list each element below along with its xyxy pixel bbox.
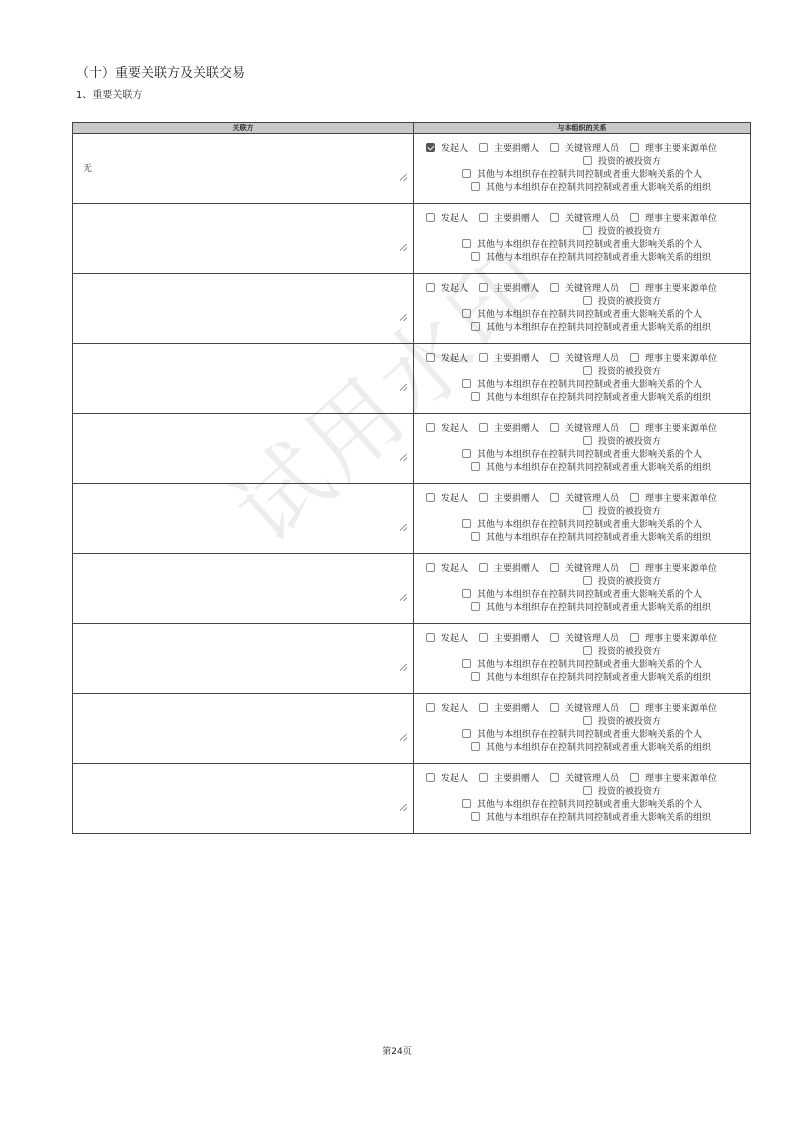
checkbox-icon[interactable] bbox=[550, 633, 559, 642]
relationship-option[interactable]: 发起人 bbox=[426, 351, 468, 364]
checkbox-icon[interactable] bbox=[426, 213, 435, 222]
checkbox-icon[interactable] bbox=[630, 423, 639, 432]
option-label: 发起人 bbox=[441, 141, 468, 154]
checkbox-icon[interactable] bbox=[426, 283, 435, 292]
option-label: 其他与本组织存在控制共同控制或者重大影响关系的个人 bbox=[477, 377, 702, 390]
option-label: 理事主要来源单位 bbox=[645, 771, 717, 784]
option-label: 理事主要来源单位 bbox=[645, 631, 717, 644]
relationship-option[interactable]: 关键管理人员 bbox=[550, 701, 619, 714]
table-row: 发起人主要捐赠人关键管理人员理事主要来源单位投资的被投资方其他与本组织存在控制共… bbox=[73, 554, 751, 624]
option-label: 主要捐赠人 bbox=[494, 561, 539, 574]
relationship-option[interactable]: 关键管理人员 bbox=[550, 211, 619, 224]
option-label: 投资的被投资方 bbox=[598, 714, 661, 727]
relationship-option[interactable]: 其他与本组织存在控制共同控制或者重大影响关系的个人 bbox=[462, 657, 702, 670]
option-label: 主要捐赠人 bbox=[494, 631, 539, 644]
option-label: 投资的被投资方 bbox=[598, 154, 661, 167]
checkbox-icon[interactable] bbox=[479, 633, 488, 642]
related-party-field[interactable] bbox=[73, 204, 414, 274]
relationship-option[interactable]: 投资的被投资方 bbox=[583, 434, 661, 447]
relationship-option[interactable]: 其他与本组织存在控制共同控制或者重大影响关系的个人 bbox=[462, 307, 702, 320]
related-party-field[interactable] bbox=[73, 344, 414, 414]
checkbox-icon[interactable] bbox=[630, 143, 639, 152]
option-label: 关键管理人员 bbox=[565, 141, 619, 154]
relationship-option[interactable]: 投资的被投资方 bbox=[583, 224, 661, 237]
option-label: 主要捐赠人 bbox=[494, 141, 539, 154]
option-label: 其他与本组织存在控制共同控制或者重大影响关系的个人 bbox=[477, 237, 702, 250]
related-party-field[interactable] bbox=[73, 694, 414, 764]
relationship-cell: 发起人主要捐赠人关键管理人员理事主要来源单位投资的被投资方其他与本组织存在控制共… bbox=[414, 764, 751, 834]
relationship-option[interactable]: 发起人 bbox=[426, 421, 468, 434]
checkbox-icon[interactable] bbox=[630, 493, 639, 502]
option-label: 其他与本组织存在控制共同控制或者重大影响关系的组织 bbox=[486, 530, 711, 543]
option-label: 其他与本组织存在控制共同控制或者重大影响关系的组织 bbox=[486, 390, 711, 403]
relationship-cell: 发起人主要捐赠人关键管理人员理事主要来源单位投资的被投资方其他与本组织存在控制共… bbox=[414, 134, 751, 204]
relationship-option[interactable]: 主要捐赠人 bbox=[479, 351, 539, 364]
checkbox-icon[interactable] bbox=[550, 283, 559, 292]
option-label: 发起人 bbox=[441, 211, 468, 224]
checkbox-icon[interactable] bbox=[583, 436, 592, 445]
option-label: 发起人 bbox=[441, 421, 468, 434]
table-row: 发起人主要捐赠人关键管理人员理事主要来源单位投资的被投资方其他与本组织存在控制共… bbox=[73, 694, 751, 764]
option-label: 关键管理人员 bbox=[565, 421, 619, 434]
relationship-option[interactable]: 其他与本组织存在控制共同控制或者重大影响关系的个人 bbox=[462, 727, 702, 740]
option-label: 其他与本组织存在控制共同控制或者重大影响关系的个人 bbox=[477, 517, 702, 530]
resize-handle-icon[interactable] bbox=[400, 174, 407, 181]
option-label: 理事主要来源单位 bbox=[645, 701, 717, 714]
table-row: 发起人主要捐赠人关键管理人员理事主要来源单位投资的被投资方其他与本组织存在控制共… bbox=[73, 344, 751, 414]
relationship-option[interactable]: 理事主要来源单位 bbox=[630, 211, 717, 224]
checkbox-icon[interactable] bbox=[479, 563, 488, 572]
option-label: 其他与本组织存在控制共同控制或者重大影响关系的组织 bbox=[486, 180, 711, 193]
checkbox-icon[interactable] bbox=[426, 423, 435, 432]
table-header-row: 关联方 与本组织的关系 bbox=[73, 123, 751, 134]
checkbox-icon[interactable] bbox=[462, 799, 471, 808]
checkbox-icon[interactable] bbox=[550, 493, 559, 502]
checkbox-icon[interactable] bbox=[471, 672, 480, 681]
option-label: 其他与本组织存在控制共同控制或者重大影响关系的个人 bbox=[477, 797, 702, 810]
relationship-cell: 发起人主要捐赠人关键管理人员理事主要来源单位投资的被投资方其他与本组织存在控制共… bbox=[414, 694, 751, 764]
checkbox-icon[interactable] bbox=[471, 532, 480, 541]
checkbox-icon[interactable] bbox=[479, 423, 488, 432]
relationship-cell: 发起人主要捐赠人关键管理人员理事主要来源单位投资的被投资方其他与本组织存在控制共… bbox=[414, 204, 751, 274]
relationship-option[interactable]: 主要捐赠人 bbox=[479, 561, 539, 574]
relationship-option[interactable]: 其他与本组织存在控制共同控制或者重大影响关系的个人 bbox=[462, 587, 702, 600]
header-relationship: 与本组织的关系 bbox=[414, 123, 751, 134]
resize-handle-icon[interactable] bbox=[400, 314, 407, 321]
relationship-option[interactable]: 其他与本组织存在控制共同控制或者重大影响关系的组织 bbox=[471, 320, 711, 333]
checkbox-icon[interactable] bbox=[550, 773, 559, 782]
checkbox-icon[interactable] bbox=[583, 156, 592, 165]
checkbox-icon[interactable] bbox=[471, 322, 480, 331]
relationship-option[interactable]: 理事主要来源单位 bbox=[630, 351, 717, 364]
relationship-option[interactable]: 其他与本组织存在控制共同控制或者重大影响关系的个人 bbox=[462, 517, 702, 530]
table-row: 发起人主要捐赠人关键管理人员理事主要来源单位投资的被投资方其他与本组织存在控制共… bbox=[73, 204, 751, 274]
checkbox-icon[interactable] bbox=[550, 563, 559, 572]
option-label: 发起人 bbox=[441, 631, 468, 644]
option-label: 其他与本组织存在控制共同控制或者重大影响关系的个人 bbox=[477, 167, 702, 180]
resize-handle-icon[interactable] bbox=[400, 454, 407, 461]
resize-handle-icon[interactable] bbox=[400, 664, 407, 671]
option-label: 理事主要来源单位 bbox=[645, 491, 717, 504]
related-party-field[interactable]: 无 bbox=[73, 134, 414, 204]
checkbox-icon[interactable] bbox=[426, 353, 435, 362]
checkbox-icon[interactable] bbox=[462, 659, 471, 668]
relationship-option[interactable]: 主要捐赠人 bbox=[479, 631, 539, 644]
relationship-option[interactable]: 发起人 bbox=[426, 141, 468, 154]
option-label: 关键管理人员 bbox=[565, 771, 619, 784]
checkbox-icon[interactable] bbox=[479, 283, 488, 292]
checkbox-icon[interactable] bbox=[479, 143, 488, 152]
option-label: 关键管理人员 bbox=[565, 491, 619, 504]
relationship-option[interactable]: 其他与本组织存在控制共同控制或者重大影响关系的个人 bbox=[462, 447, 702, 460]
relationship-option[interactable]: 理事主要来源单位 bbox=[630, 421, 717, 434]
relationship-option[interactable]: 其他与本组织存在控制共同控制或者重大影响关系的组织 bbox=[471, 530, 711, 543]
checkbox-icon[interactable] bbox=[630, 703, 639, 712]
relationship-option[interactable]: 主要捐赠人 bbox=[479, 141, 539, 154]
relationship-option[interactable]: 发起人 bbox=[426, 771, 468, 784]
relationship-option[interactable]: 理事主要来源单位 bbox=[630, 631, 717, 644]
table-row: 发起人主要捐赠人关键管理人员理事主要来源单位投资的被投资方其他与本组织存在控制共… bbox=[73, 414, 751, 484]
option-label: 发起人 bbox=[441, 281, 468, 294]
checkbox-icon[interactable] bbox=[462, 519, 471, 528]
option-label: 主要捐赠人 bbox=[494, 421, 539, 434]
related-party-field[interactable] bbox=[73, 764, 414, 834]
section-title: （十）重要关联方及关联交易 bbox=[76, 62, 245, 81]
checkbox-icon[interactable] bbox=[550, 423, 559, 432]
relationship-option[interactable]: 发起人 bbox=[426, 491, 468, 504]
related-parties-table: 关联方 与本组织的关系 无发起人主要捐赠人关键管理人员理事主要来源单位投资的被投… bbox=[72, 122, 751, 834]
relationship-cell: 发起人主要捐赠人关键管理人员理事主要来源单位投资的被投资方其他与本组织存在控制共… bbox=[414, 624, 751, 694]
checkbox-icon[interactable] bbox=[630, 633, 639, 642]
relationship-option[interactable]: 发起人 bbox=[426, 631, 468, 644]
checkbox-icon[interactable] bbox=[471, 392, 480, 401]
relationship-option[interactable]: 理事主要来源单位 bbox=[630, 141, 717, 154]
checkbox-icon[interactable] bbox=[479, 493, 488, 502]
relationship-option[interactable]: 其他与本组织存在控制共同控制或者重大影响关系的组织 bbox=[471, 250, 711, 263]
relationship-option[interactable]: 其他与本组织存在控制共同控制或者重大影响关系的个人 bbox=[462, 167, 702, 180]
checkbox-icon[interactable] bbox=[462, 449, 471, 458]
relationship-option[interactable]: 主要捐赠人 bbox=[479, 771, 539, 784]
checkbox-icon[interactable] bbox=[471, 602, 480, 611]
related-party-field[interactable] bbox=[73, 484, 414, 554]
table-row: 发起人主要捐赠人关键管理人员理事主要来源单位投资的被投资方其他与本组织存在控制共… bbox=[73, 624, 751, 694]
relationship-option[interactable]: 其他与本组织存在控制共同控制或者重大影响关系的组织 bbox=[471, 600, 711, 613]
option-label: 关键管理人员 bbox=[565, 561, 619, 574]
checkbox-icon[interactable] bbox=[426, 493, 435, 502]
checkbox-icon[interactable] bbox=[550, 143, 559, 152]
relationship-option[interactable]: 理事主要来源单位 bbox=[630, 701, 717, 714]
relationship-option[interactable]: 关键管理人员 bbox=[550, 281, 619, 294]
relationship-cell: 发起人主要捐赠人关键管理人员理事主要来源单位投资的被投资方其他与本组织存在控制共… bbox=[414, 484, 751, 554]
checkbox-icon[interactable] bbox=[583, 506, 592, 515]
checkbox-icon[interactable] bbox=[471, 742, 480, 751]
checkbox-icon[interactable] bbox=[426, 703, 435, 712]
option-label: 其他与本组织存在控制共同控制或者重大影响关系的个人 bbox=[477, 587, 702, 600]
relationship-option[interactable]: 投资的被投资方 bbox=[583, 504, 661, 517]
related-party-field[interactable] bbox=[73, 624, 414, 694]
checkbox-icon[interactable] bbox=[479, 703, 488, 712]
table-row: 无发起人主要捐赠人关键管理人员理事主要来源单位投资的被投资方其他与本组织存在控制… bbox=[73, 134, 751, 204]
relationship-option[interactable]: 投资的被投资方 bbox=[583, 154, 661, 167]
table-row: 发起人主要捐赠人关键管理人员理事主要来源单位投资的被投资方其他与本组织存在控制共… bbox=[73, 274, 751, 344]
option-label: 其他与本组织存在控制共同控制或者重大影响关系的组织 bbox=[486, 250, 711, 263]
relationship-option[interactable]: 关键管理人员 bbox=[550, 351, 619, 364]
related-party-field[interactable] bbox=[73, 414, 414, 484]
checkbox-icon[interactable] bbox=[550, 703, 559, 712]
option-label: 其他与本组织存在控制共同控制或者重大影响关系的组织 bbox=[486, 460, 711, 473]
relationship-option[interactable]: 理事主要来源单位 bbox=[630, 561, 717, 574]
relationship-option[interactable]: 发起人 bbox=[426, 211, 468, 224]
sub-title: 1、重要关联方 bbox=[76, 86, 142, 101]
relationship-option[interactable]: 其他与本组织存在控制共同控制或者重大影响关系的组织 bbox=[471, 460, 711, 473]
checkbox-icon[interactable] bbox=[550, 213, 559, 222]
checkbox-icon[interactable] bbox=[462, 309, 471, 318]
option-label: 投资的被投资方 bbox=[598, 574, 661, 587]
checkbox-icon[interactable] bbox=[462, 169, 471, 178]
option-label: 主要捐赠人 bbox=[494, 211, 539, 224]
relationship-option[interactable]: 其他与本组织存在控制共同控制或者重大影响关系的组织 bbox=[471, 180, 711, 193]
checkbox-icon[interactable] bbox=[630, 353, 639, 362]
option-label: 理事主要来源单位 bbox=[645, 211, 717, 224]
relationship-option[interactable]: 理事主要来源单位 bbox=[630, 771, 717, 784]
checkbox-icon[interactable] bbox=[583, 716, 592, 725]
relationship-option[interactable]: 其他与本组织存在控制共同控制或者重大影响关系的组织 bbox=[471, 740, 711, 753]
checkbox-icon[interactable] bbox=[479, 213, 488, 222]
relationship-option[interactable]: 发起人 bbox=[426, 561, 468, 574]
option-label: 投资的被投资方 bbox=[598, 364, 661, 377]
option-label: 关键管理人员 bbox=[565, 351, 619, 364]
relationship-option[interactable]: 关键管理人员 bbox=[550, 561, 619, 574]
relationship-option[interactable]: 理事主要来源单位 bbox=[630, 491, 717, 504]
option-label: 理事主要来源单位 bbox=[645, 561, 717, 574]
relationship-option[interactable]: 发起人 bbox=[426, 281, 468, 294]
page-number: 第24页 bbox=[0, 1044, 794, 1057]
option-label: 关键管理人员 bbox=[565, 631, 619, 644]
relationship-option[interactable]: 投资的被投资方 bbox=[583, 294, 661, 307]
relationship-option[interactable]: 主要捐赠人 bbox=[479, 421, 539, 434]
option-label: 其他与本组织存在控制共同控制或者重大影响关系的组织 bbox=[486, 810, 711, 823]
relationship-option[interactable]: 投资的被投资方 bbox=[583, 644, 661, 657]
checkbox-icon[interactable] bbox=[479, 353, 488, 362]
relationship-cell: 发起人主要捐赠人关键管理人员理事主要来源单位投资的被投资方其他与本组织存在控制共… bbox=[414, 274, 751, 344]
table-row: 发起人主要捐赠人关键管理人员理事主要来源单位投资的被投资方其他与本组织存在控制共… bbox=[73, 764, 751, 834]
relationship-option[interactable]: 投资的被投资方 bbox=[583, 574, 661, 587]
option-label: 发起人 bbox=[441, 561, 468, 574]
relationship-option[interactable]: 其他与本组织存在控制共同控制或者重大影响关系的个人 bbox=[462, 377, 702, 390]
resize-handle-icon[interactable] bbox=[400, 734, 407, 741]
relationship-option[interactable]: 其他与本组织存在控制共同控制或者重大影响关系的组织 bbox=[471, 670, 711, 683]
option-label: 发起人 bbox=[441, 351, 468, 364]
checkbox-icon[interactable] bbox=[462, 589, 471, 598]
option-label: 发起人 bbox=[441, 701, 468, 714]
relationship-option[interactable]: 其他与本组织存在控制共同控制或者重大影响关系的个人 bbox=[462, 237, 702, 250]
related-party-field[interactable] bbox=[73, 274, 414, 344]
option-label: 主要捐赠人 bbox=[494, 701, 539, 714]
option-label: 发起人 bbox=[441, 491, 468, 504]
resize-handle-icon[interactable] bbox=[400, 384, 407, 391]
resize-handle-icon[interactable] bbox=[400, 594, 407, 601]
checkbox-icon[interactable] bbox=[583, 576, 592, 585]
option-label: 主要捐赠人 bbox=[494, 771, 539, 784]
relationship-option[interactable]: 投资的被投资方 bbox=[583, 714, 661, 727]
checkbox-icon[interactable] bbox=[630, 773, 639, 782]
checkbox-icon[interactable] bbox=[471, 462, 480, 471]
option-label: 投资的被投资方 bbox=[598, 434, 661, 447]
checkbox-icon[interactable] bbox=[630, 213, 639, 222]
option-label: 关键管理人员 bbox=[565, 281, 619, 294]
header-related-party: 关联方 bbox=[73, 123, 414, 134]
resize-handle-icon[interactable] bbox=[400, 524, 407, 531]
checkbox-icon[interactable] bbox=[630, 283, 639, 292]
relationship-option[interactable]: 理事主要来源单位 bbox=[630, 281, 717, 294]
resize-handle-icon[interactable] bbox=[400, 804, 407, 811]
checkbox-icon[interactable] bbox=[462, 379, 471, 388]
checkbox-icon[interactable] bbox=[471, 252, 480, 261]
option-label: 理事主要来源单位 bbox=[645, 281, 717, 294]
checkbox-icon[interactable] bbox=[426, 633, 435, 642]
option-label: 关键管理人员 bbox=[565, 211, 619, 224]
relationship-option[interactable]: 主要捐赠人 bbox=[479, 491, 539, 504]
checkbox-icon[interactable] bbox=[583, 226, 592, 235]
checkbox-icon[interactable] bbox=[583, 366, 592, 375]
option-label: 主要捐赠人 bbox=[494, 491, 539, 504]
option-label: 投资的被投资方 bbox=[598, 224, 661, 237]
option-label: 其他与本组织存在控制共同控制或者重大影响关系的组织 bbox=[486, 600, 711, 613]
relationship-option[interactable]: 关键管理人员 bbox=[550, 421, 619, 434]
checkbox-icon[interactable] bbox=[471, 182, 480, 191]
option-label: 投资的被投资方 bbox=[598, 294, 661, 307]
relationship-option[interactable]: 发起人 bbox=[426, 701, 468, 714]
relationship-option[interactable]: 投资的被投资方 bbox=[583, 364, 661, 377]
related-party-value: 无 bbox=[83, 161, 92, 174]
option-label: 投资的被投资方 bbox=[598, 644, 661, 657]
checkbox-icon[interactable] bbox=[550, 353, 559, 362]
relationship-option[interactable]: 投资的被投资方 bbox=[583, 784, 661, 797]
checkbox-icon[interactable] bbox=[630, 563, 639, 572]
option-label: 其他与本组织存在控制共同控制或者重大影响关系的个人 bbox=[477, 447, 702, 460]
relationship-option[interactable]: 关键管理人员 bbox=[550, 491, 619, 504]
checkbox-icon[interactable] bbox=[426, 773, 435, 782]
resize-handle-icon[interactable] bbox=[400, 244, 407, 251]
relationship-cell: 发起人主要捐赠人关键管理人员理事主要来源单位投资的被投资方其他与本组织存在控制共… bbox=[414, 554, 751, 624]
option-label: 发起人 bbox=[441, 771, 468, 784]
relationship-option[interactable]: 其他与本组织存在控制共同控制或者重大影响关系的组织 bbox=[471, 390, 711, 403]
option-label: 投资的被投资方 bbox=[598, 504, 661, 517]
option-label: 其他与本组织存在控制共同控制或者重大影响关系的个人 bbox=[477, 307, 702, 320]
option-label: 投资的被投资方 bbox=[598, 784, 661, 797]
checkbox-icon[interactable] bbox=[479, 773, 488, 782]
checkbox-checked-icon[interactable] bbox=[426, 143, 435, 152]
relationship-option[interactable]: 其他与本组织存在控制共同控制或者重大影响关系的个人 bbox=[462, 797, 702, 810]
option-label: 其他与本组织存在控制共同控制或者重大影响关系的组织 bbox=[486, 740, 711, 753]
checkbox-icon[interactable] bbox=[583, 786, 592, 795]
checkbox-icon[interactable] bbox=[462, 729, 471, 738]
checkbox-icon[interactable] bbox=[583, 646, 592, 655]
option-label: 理事主要来源单位 bbox=[645, 141, 717, 154]
relationship-cell: 发起人主要捐赠人关键管理人员理事主要来源单位投资的被投资方其他与本组织存在控制共… bbox=[414, 414, 751, 484]
relationship-option[interactable]: 其他与本组织存在控制共同控制或者重大影响关系的组织 bbox=[471, 810, 711, 823]
relationship-option[interactable]: 关键管理人员 bbox=[550, 141, 619, 154]
option-label: 其他与本组织存在控制共同控制或者重大影响关系的个人 bbox=[477, 657, 702, 670]
relationship-option[interactable]: 主要捐赠人 bbox=[479, 211, 539, 224]
relationship-option[interactable]: 关键管理人员 bbox=[550, 771, 619, 784]
relationship-option[interactable]: 主要捐赠人 bbox=[479, 281, 539, 294]
related-party-field[interactable] bbox=[73, 554, 414, 624]
option-label: 理事主要来源单位 bbox=[645, 351, 717, 364]
checkbox-icon[interactable] bbox=[462, 239, 471, 248]
option-label: 理事主要来源单位 bbox=[645, 421, 717, 434]
option-label: 其他与本组织存在控制共同控制或者重大影响关系的个人 bbox=[477, 727, 702, 740]
option-label: 其他与本组织存在控制共同控制或者重大影响关系的组织 bbox=[486, 670, 711, 683]
relationship-cell: 发起人主要捐赠人关键管理人员理事主要来源单位投资的被投资方其他与本组织存在控制共… bbox=[414, 344, 751, 414]
option-label: 其他与本组织存在控制共同控制或者重大影响关系的组织 bbox=[486, 320, 711, 333]
checkbox-icon[interactable] bbox=[426, 563, 435, 572]
checkbox-icon[interactable] bbox=[583, 296, 592, 305]
table-row: 发起人主要捐赠人关键管理人员理事主要来源单位投资的被投资方其他与本组织存在控制共… bbox=[73, 484, 751, 554]
option-label: 主要捐赠人 bbox=[494, 351, 539, 364]
option-label: 主要捐赠人 bbox=[494, 281, 539, 294]
relationship-option[interactable]: 主要捐赠人 bbox=[479, 701, 539, 714]
relationship-option[interactable]: 关键管理人员 bbox=[550, 631, 619, 644]
checkbox-icon[interactable] bbox=[471, 812, 480, 821]
option-label: 关键管理人员 bbox=[565, 701, 619, 714]
